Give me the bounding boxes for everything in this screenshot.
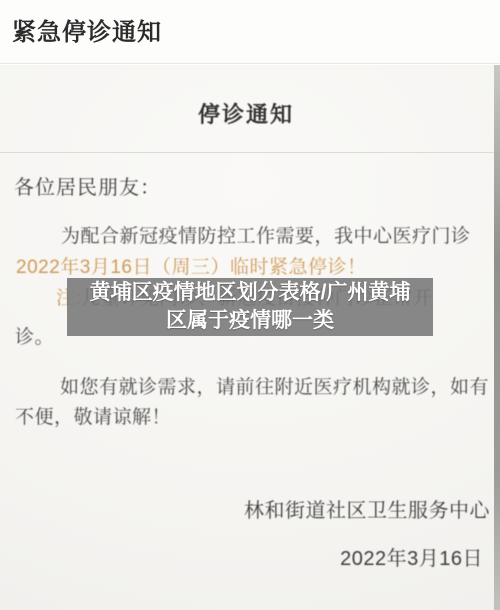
- notice-title-divider: [0, 152, 494, 153]
- notice-paragraph2-line2: 不便，敬请谅解！: [15, 402, 171, 429]
- notice-signature: 林和街道社区卫生服务中心: [244, 494, 490, 523]
- notice-note-line2: 诊。: [15, 322, 54, 349]
- overlay-caption-banner: 黄埔区疫情地区划分表格/广州黄埔 区属于疫情哪一类: [67, 278, 433, 336]
- photo-edge-shadow: [494, 65, 500, 610]
- overlay-caption-line2: 区属于疫情哪一类: [166, 307, 334, 335]
- overlay-caption-line1: 黄埔区疫情地区划分表格/广州黄埔: [90, 279, 411, 307]
- app-header: 紧急停诊通知: [0, 0, 500, 64]
- notice-greeting: 各位居民朋友：: [14, 171, 161, 200]
- notice-photo: 停诊通知 各位居民朋友： 为配合新冠疫情防控工作需要，我中心医疗门诊 2022年…: [0, 65, 500, 610]
- notice-paragraph2-line1: 如您有就诊需求，请前往附近医疗机构就诊，如有: [60, 372, 489, 399]
- notice-paragraph1-line1: 为配合新冠疫情防控工作需要，我中心医疗门诊: [61, 221, 471, 248]
- screen: 紧急停诊通知 停诊通知 各位居民朋友： 为配合新冠疫情防控工作需要，我中心医疗门…: [0, 0, 500, 610]
- notice-paragraph1-highlight: 2022年3月16日（周三）临时紧急停诊！: [16, 252, 366, 279]
- page-title: 紧急停诊通知: [12, 12, 162, 47]
- notice-date: 2022年3月16日: [340, 542, 483, 571]
- notice-title: 停诊通知: [0, 98, 492, 129]
